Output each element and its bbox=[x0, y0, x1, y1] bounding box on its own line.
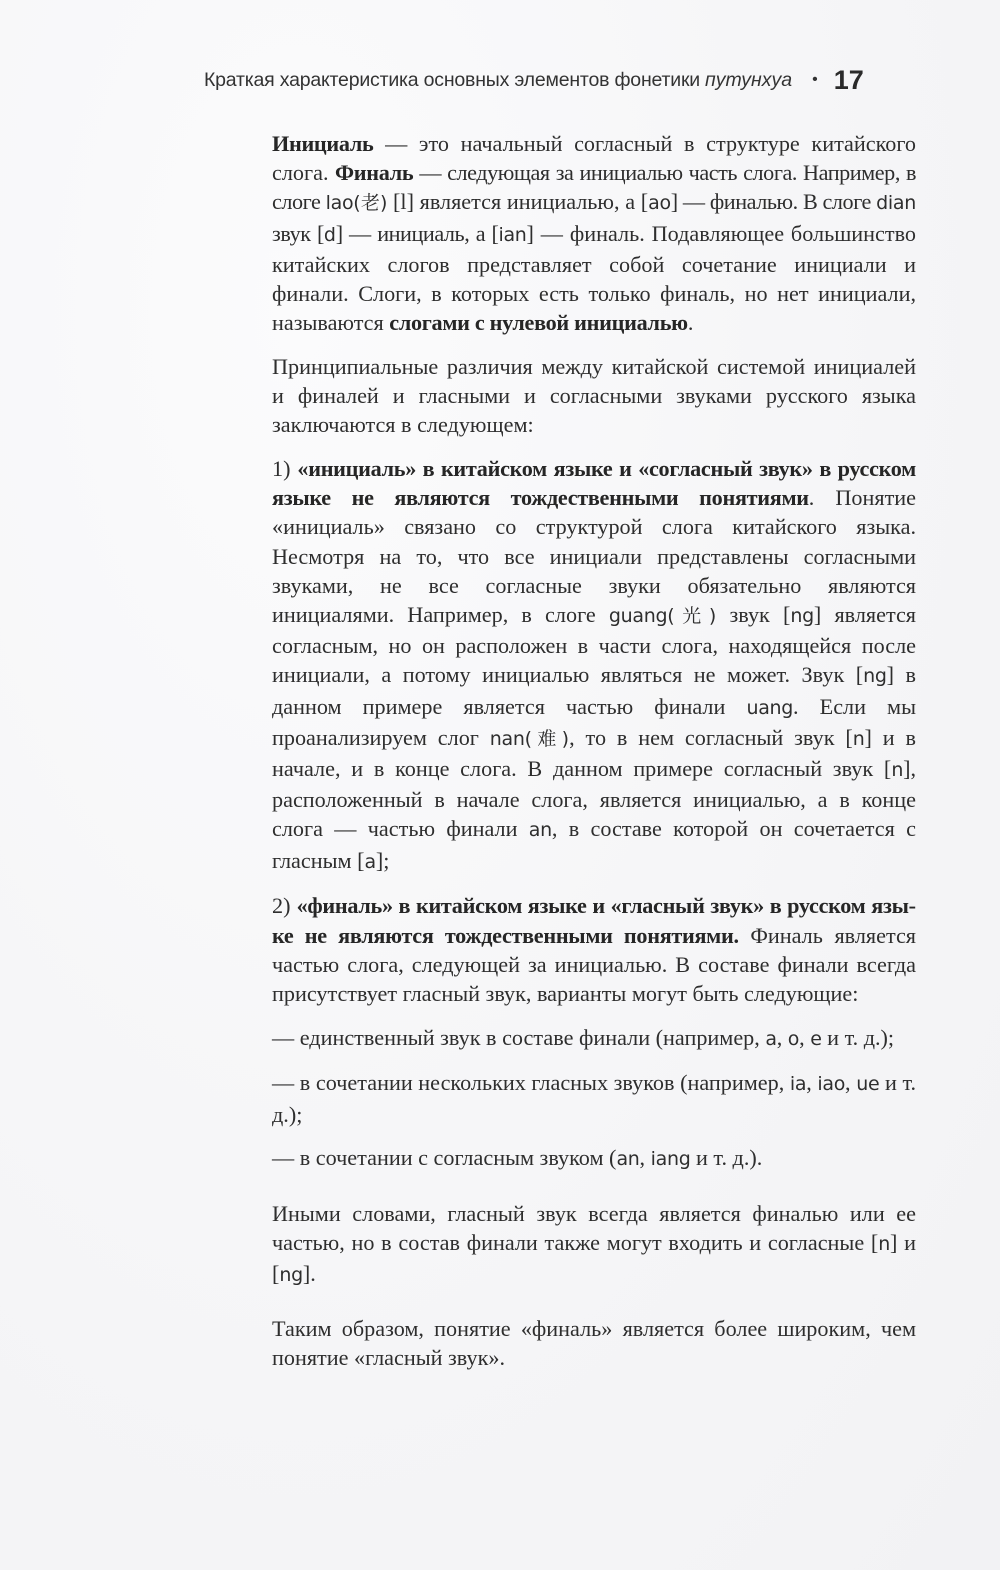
pinyin: ia bbox=[790, 1073, 806, 1095]
main-text: Инициаль — это начальный согласный в стр… bbox=[272, 129, 916, 1373]
pinyin: ao bbox=[648, 192, 671, 214]
page-number: 17 bbox=[834, 65, 864, 96]
text-span: . bbox=[688, 310, 694, 335]
text-span: ]; bbox=[376, 848, 390, 873]
paragraph-point-2: 2) «финаль» в китайском языке и «гласный… bbox=[272, 891, 916, 1008]
bullet-separator: • bbox=[812, 71, 818, 89]
pinyin: ian bbox=[498, 224, 526, 246]
text-span: звук [ bbox=[272, 221, 324, 246]
text-span: ]. bbox=[303, 1261, 316, 1286]
text-span: , bbox=[806, 1070, 817, 1095]
text-span: — в сочетании с согласным звуком ( bbox=[272, 1145, 616, 1170]
text-span: , bbox=[799, 1025, 810, 1050]
pinyin: a bbox=[365, 851, 376, 873]
text-span: , bbox=[845, 1070, 856, 1095]
list-number: 2) bbox=[272, 893, 297, 918]
pinyin: ng bbox=[863, 665, 887, 687]
text-span: ] — финалью. В слоге bbox=[671, 189, 876, 214]
pinyin: n bbox=[853, 728, 865, 750]
pinyin-dian: dian bbox=[876, 192, 916, 214]
pinyin: iang bbox=[651, 1148, 691, 1170]
pinyin: ue bbox=[856, 1073, 879, 1095]
pinyin-guang: guang bbox=[609, 605, 667, 627]
text-span: — в сочетании нескольких гласных звуков … bbox=[272, 1070, 790, 1095]
text-span: , bbox=[640, 1145, 651, 1170]
chapter-title-italic: путунхуа bbox=[705, 69, 792, 92]
text-span: , то в нем согласный звук [ bbox=[569, 725, 853, 750]
list-item-multiple-vowels: — в сочетании нескольких гласных звуков … bbox=[272, 1068, 916, 1128]
pinyin: an bbox=[616, 1148, 639, 1170]
list-item-single-vowel: — единственный звук в составе финали (на… bbox=[272, 1023, 916, 1054]
pinyin-an: an bbox=[529, 819, 552, 841]
text-span: [l] является инициалью, а [ bbox=[387, 189, 648, 214]
pinyin-uang: uang bbox=[746, 697, 793, 719]
pinyin: d bbox=[324, 224, 336, 246]
list-item-with-consonant: — в сочетании с согласным звуком (an, ia… bbox=[272, 1143, 916, 1174]
text-span: — единственный звук в составе финали (на… bbox=[272, 1025, 765, 1050]
term-initial: Инициаль bbox=[272, 131, 373, 156]
term-zero-initial: слогами с ну­левой инициалью bbox=[389, 310, 688, 335]
pinyin: e bbox=[810, 1028, 821, 1050]
paragraph-differences-intro: Принципиальные различия между китайской … bbox=[272, 352, 916, 440]
pinyin: ng bbox=[279, 1264, 303, 1286]
pinyin: a bbox=[765, 1028, 776, 1050]
pinyin: iao bbox=[817, 1073, 845, 1095]
paragraph-summary-1: Иными словами, гласный звук всегда являе… bbox=[272, 1199, 916, 1291]
pinyin: n bbox=[891, 759, 903, 781]
pinyin: ng bbox=[790, 605, 814, 627]
pinyin-lao: lao bbox=[326, 192, 354, 214]
text-span: , bbox=[777, 1025, 788, 1050]
hanzi-lao: (老) bbox=[353, 192, 387, 214]
text-span: и т. д.); bbox=[822, 1025, 894, 1050]
text-span: Иными словами, гласный звук всегда являе… bbox=[272, 1201, 916, 1255]
text-span: звук [ bbox=[716, 602, 790, 627]
paragraph-point-1: 1) «инициаль» в китайском языке и «согла… bbox=[272, 454, 916, 877]
pinyin: n bbox=[878, 1233, 890, 1255]
term-final: Финаль bbox=[335, 160, 413, 185]
chapter-title: Краткая характеристика основных элементо… bbox=[204, 69, 700, 92]
hanzi-nan: (难) bbox=[525, 728, 570, 750]
paragraph-conclusion: Таким образом, понятие «финаль» является… bbox=[272, 1314, 916, 1372]
text-span: и т. д.). bbox=[690, 1145, 762, 1170]
pinyin-nan: nan bbox=[490, 728, 525, 750]
paragraph-definitions: Инициаль — это начальный согласный в стр… bbox=[272, 129, 916, 337]
running-header: Краткая характеристика основных элементо… bbox=[204, 63, 916, 97]
hanzi-guang: (光) bbox=[667, 605, 716, 627]
text-span: ] — инициаль, а [ bbox=[336, 221, 499, 246]
pinyin: o bbox=[788, 1028, 799, 1050]
list-number: 1) bbox=[272, 456, 297, 481]
